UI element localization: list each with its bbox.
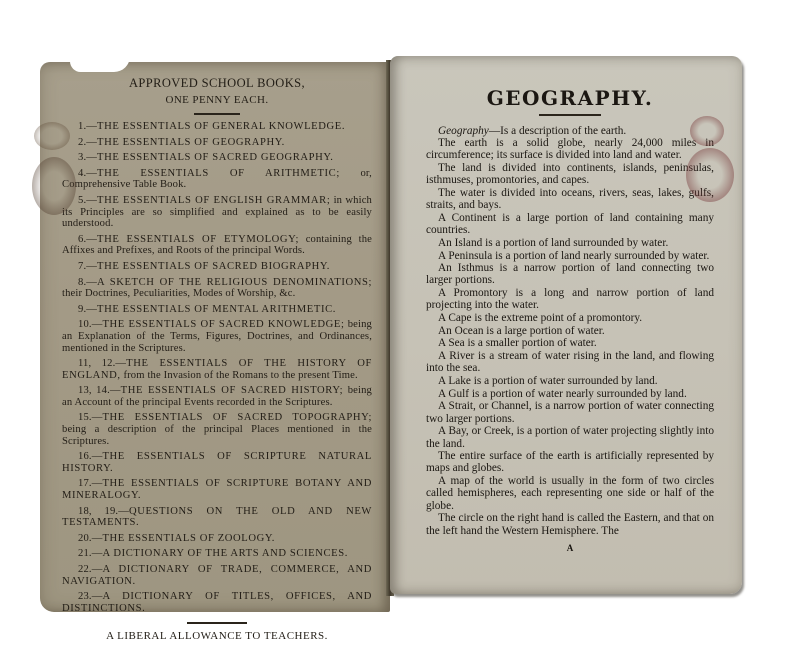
book-description: their Doctrines, Peculiarities, Modes of… — [62, 288, 295, 299]
definition-paragraph: The water is divided into oceans, rivers… — [426, 187, 714, 211]
book-number: 21.— — [62, 548, 102, 559]
book-number: 17.— — [62, 478, 102, 489]
book-description: being a description of the principal Pla… — [62, 424, 372, 447]
book-list-item: 15.—THE ESSENTIALS OF SACRED TOPOGRAPHY;… — [62, 412, 372, 447]
definition-paragraph: A Lake is a portion of water surrounded … — [426, 375, 714, 387]
book-list-item: 1.—THE ESSENTIALS OF GENERAL KNOWLEDGE. — [62, 121, 372, 133]
book-number: 1.— — [62, 121, 97, 132]
geography-paragraphs: The earth is a solid globe, nearly 24,00… — [426, 137, 714, 537]
book-title: THE ESSENTIALS OF SACRED HISTORY; — [121, 385, 344, 396]
book-list-item: 10.—THE ESSENTIALS OF SACRED KNOWLEDGE; … — [62, 319, 372, 354]
book-list-item: 3.—THE ESSENTIALS OF SACRED GEOGRAPHY. — [62, 152, 372, 164]
book-list-item: 7.—THE ESSENTIALS OF SACRED BIOGRAPHY. — [62, 261, 372, 273]
definition-paragraph: An Isthmus is a narrow portion of land c… — [426, 262, 714, 286]
book-number: 10.— — [62, 319, 102, 330]
book-list: 1.—THE ESSENTIALS OF GENERAL KNOWLEDGE.2… — [62, 121, 372, 614]
definition-paragraph: A Sea is a smaller portion of water. — [426, 337, 714, 349]
book-title: THE ESSENTIALS OF SACRED GEOGRAPHY. — [97, 152, 334, 163]
catalog-subheading: ONE PENNY EACH. — [62, 93, 372, 108]
definition-paragraph: A Promontory is a long and narrow portio… — [426, 287, 714, 311]
definition-paragraph: A Gulf is a portion of water nearly surr… — [426, 388, 714, 400]
intro-term: Geography — [438, 125, 489, 137]
divider — [539, 114, 601, 116]
definition-paragraph: A Peninsula is a portion of land nearly … — [426, 250, 714, 262]
book-list-item: 17.—THE ESSENTIALS OF SCRIPTURE BOTANY A… — [62, 478, 372, 501]
book-number: 5.— — [62, 195, 97, 206]
book-title: A DICTIONARY OF TITLES, OFFICES, AND DIS… — [62, 591, 372, 614]
book-number: 16.— — [62, 451, 102, 462]
book-number: 2.— — [62, 137, 97, 148]
catalog-heading: APPROVED SCHOOL BOOKS, — [62, 76, 372, 91]
page-title: GEOGRAPHY. — [426, 86, 714, 110]
right-page-geography: GEOGRAPHY. Geography—Is a description of… — [390, 56, 742, 594]
definition-paragraph: A Bay, or Creek, is a portion of water p… — [426, 425, 714, 449]
book-title: THE ESSENTIALS OF SACRED KNOWLEDGE; — [102, 319, 344, 330]
book-number: 3.— — [62, 152, 97, 163]
definition-paragraph: The earth is a solid globe, nearly 24,00… — [426, 137, 714, 161]
definition-paragraph: The land is divided into continents, isl… — [426, 162, 714, 186]
book-number: 20.— — [62, 533, 102, 544]
book-number: 23.— — [62, 591, 102, 602]
book-list-item: 8.—A SKETCH OF THE RELIGIOUS DENOMINATIO… — [62, 277, 372, 300]
book-number: 18, 19.— — [62, 506, 129, 517]
book-list-item: 2.—THE ESSENTIALS OF GEOGRAPHY. — [62, 137, 372, 149]
book-list-item: 9.—THE ESSENTIALS OF MENTAL ARITHMETIC. — [62, 304, 372, 316]
book-list-item: 18, 19.—QUESTIONS ON THE OLD AND NEW TES… — [62, 506, 372, 529]
definition-paragraph: The circle on the right hand is called t… — [426, 512, 714, 536]
book-title: THE ESSENTIALS OF ENGLISH GRAMMAR; — [97, 195, 330, 206]
book-list-item: 4.—THE ESSENTIALS OF ARITHMETIC; or, Com… — [62, 168, 372, 191]
book-title: A DICTIONARY OF THE ARTS AND SCIENCES. — [102, 548, 348, 559]
book-list-item: 11, 12.—THE ESSENTIALS OF THE HISTORY OF… — [62, 358, 372, 381]
book-title: THE ESSENTIALS OF GENERAL KNOWLEDGE. — [97, 121, 345, 132]
definition-paragraph: A Strait, or Channel, is a narrow portio… — [426, 400, 714, 424]
definition-paragraph: A Cape is the extreme point of a promont… — [426, 312, 714, 324]
definition-paragraph: A Continent is a large portion of land c… — [426, 212, 714, 236]
book-number: 8.— — [62, 277, 97, 288]
definition-paragraph: A map of the world is usually in the for… — [426, 475, 714, 512]
book-list-item: 13, 14.—THE ESSENTIALS OF SACRED HISTORY… — [62, 385, 372, 408]
book-title: THE ESSENTIALS OF GEOGRAPHY. — [97, 137, 285, 148]
book-number: 11, 12.— — [62, 358, 126, 369]
intro-paragraph: Geography—Is a description of the earth. — [426, 125, 714, 137]
book-number: 4.— — [62, 168, 97, 179]
book-list-item: 5.—THE ESSENTIALS OF ENGLISH GRAMMAR; in… — [62, 195, 372, 230]
book-title: A SKETCH OF THE RELIGIOUS DENOMINATIONS; — [97, 277, 372, 288]
book-list-item: 16.—THE ESSENTIALS OF SCRIPTURE NATURAL … — [62, 451, 372, 474]
teacher-allowance-note: A LIBERAL ALLOWANCE TO TEACHERS. — [62, 630, 372, 642]
definition-paragraph: An Ocean is a large portion of water. — [426, 325, 714, 337]
book-list-item: 20.—THE ESSENTIALS OF ZOOLOGY. — [62, 533, 372, 545]
divider — [187, 622, 247, 624]
book-number: 7.— — [62, 261, 97, 272]
book-list-item: 21.—A DICTIONARY OF THE ARTS AND SCIENCE… — [62, 548, 372, 560]
book-number: 9.— — [62, 304, 97, 315]
book-number: 13, 14.— — [62, 385, 121, 396]
book-title: THE ESSENTIALS OF ETYMOLOGY; — [97, 234, 299, 245]
signature-mark: A — [426, 543, 714, 553]
book-list-item: 23.—A DICTIONARY OF TITLES, OFFICES, AND… — [62, 591, 372, 614]
book-title: THE ESSENTIALS OF SACRED BIOGRAPHY. — [97, 261, 330, 272]
book-number: 15.— — [62, 412, 102, 423]
book-title: THE ESSENTIALS OF MENTAL ARITHMETIC. — [97, 304, 336, 315]
definition-paragraph: The entire surface of the earth is artif… — [426, 450, 714, 474]
intro-definition: —Is a description of the earth. — [489, 125, 626, 137]
book-title: A DICTIONARY OF TRADE, COMMERCE, AND NAV… — [62, 564, 372, 587]
left-page-back-cover: APPROVED SCHOOL BOOKS, ONE PENNY EACH. 1… — [40, 62, 390, 612]
book-number: 6.— — [62, 234, 97, 245]
book-number: 22.— — [62, 564, 102, 575]
book-list-item: 22.—A DICTIONARY OF TRADE, COMMERCE, AND… — [62, 564, 372, 587]
definition-paragraph: A River is a stream of water rising in t… — [426, 350, 714, 374]
book-title: THE ESSENTIALS OF SCRIPTURE BOTANY AND M… — [62, 478, 372, 501]
divider — [194, 113, 240, 115]
book-title: THE ESSENTIALS OF SACRED TOPOGRAPHY; — [102, 412, 372, 423]
definition-paragraph: An Island is a portion of land surrounde… — [426, 237, 714, 249]
book-description: from the Invasion of the Romans to the p… — [121, 370, 358, 381]
book-title: THE ESSENTIALS OF ARITHMETIC; — [97, 168, 340, 179]
book-title: THE ESSENTIALS OF ZOOLOGY. — [102, 533, 275, 544]
book-title: THE ESSENTIALS OF SCRIPTURE NATURAL HIST… — [62, 451, 372, 474]
book-list-item: 6.—THE ESSENTIALS OF ETYMOLOGY; containi… — [62, 234, 372, 257]
